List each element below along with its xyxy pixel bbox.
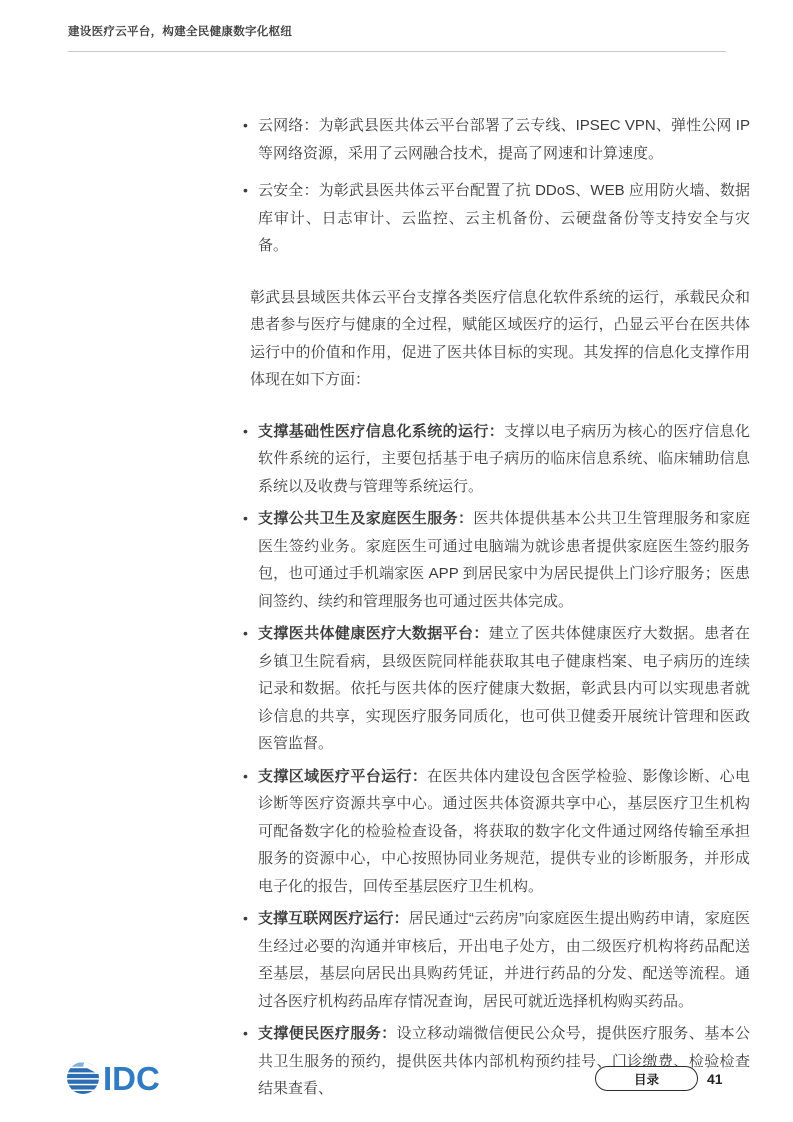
page-header-title: 建设医疗云平台，构建全民健康数字化枢纽 — [68, 23, 292, 39]
intro-bullet-list: 云网络：为彰武县医共体云平台部署了云专线、IPSEC VPN、弹性公网 IP 等… — [242, 112, 750, 260]
idc-logo-icon: IDC — [66, 1059, 166, 1097]
list-item: 支撑互联网医疗运行：居民通过“云药房”向家庭医生提出购药申请，家庭医生经过必要的… — [242, 905, 750, 1015]
list-item: 云安全：为彰武县医共体云平台配置了抗 DDoS、WEB 应用防火墙、数据库审计、… — [242, 177, 750, 260]
bullet-lead: 支撑互联网医疗运行： — [258, 910, 409, 927]
list-item: 云网络：为彰武县医共体云平台部署了云专线、IPSEC VPN、弹性公网 IP 等… — [242, 112, 750, 167]
list-item: 支撑医共体健康医疗大数据平台：建立了医共体健康医疗大数据。患者在乡镇卫生院看病，… — [242, 620, 750, 758]
bullet-lead: 支撑区域医疗平台运行： — [258, 768, 427, 785]
idc-logo-text: IDC — [103, 1060, 160, 1097]
bullet-lead: 支撑基础性医疗信息化系统的运行： — [258, 423, 504, 440]
bullet-lead: 云网络： — [258, 117, 319, 134]
toc-button[interactable]: 目录 — [595, 1066, 698, 1091]
bullet-lead: 支撑公共卫生及家庭医生服务： — [258, 510, 473, 527]
intro-paragraph: 彰武县县域医共体云平台支撑各类医疗信息化软件系统的运行，承载民众和患者参与医疗与… — [250, 284, 750, 394]
page-body: 云网络：为彰武县医共体云平台部署了云专线、IPSEC VPN、弹性公网 IP 等… — [242, 112, 750, 1103]
bullet-text: 为彰武县医共体云平台部署了云专线、IPSEC VPN、弹性公网 IP 等网络资源… — [258, 117, 750, 162]
list-item: 支撑区域医疗平台运行：在医共体内建设包含医学检验、影像诊断、心电诊断等医疗资源共… — [242, 763, 750, 901]
list-item: 支撑公共卫生及家庭医生服务：医共体提供基本公共卫生管理服务和家庭医生签约业务。家… — [242, 505, 750, 615]
bullet-lead: 云安全： — [258, 182, 319, 199]
support-bullet-list: 支撑基础性医疗信息化系统的运行：支撑以电子病历为核心的医疗信息化软件系统的运行，… — [242, 418, 750, 1103]
bullet-text: 在医共体内建设包含医学检验、影像诊断、心电诊断等医疗资源共享中心。通过医共体资源… — [258, 768, 750, 895]
bullet-text: 为彰武县医共体云平台配置了抗 DDoS、WEB 应用防火墙、数据库审计、日志审计… — [258, 182, 750, 254]
bullet-lead: 支撑医共体健康医疗大数据平台： — [258, 625, 489, 642]
bullet-lead: 支撑便民医疗服务： — [258, 1025, 396, 1042]
header-divider — [68, 51, 726, 52]
bullet-text: 建立了医共体健康医疗大数据。患者在乡镇卫生院看病，县级医院同样能获取其电子健康档… — [258, 625, 750, 752]
page-number: 41 — [707, 1071, 723, 1087]
list-item: 支撑基础性医疗信息化系统的运行：支撑以电子病历为核心的医疗信息化软件系统的运行，… — [242, 418, 750, 501]
